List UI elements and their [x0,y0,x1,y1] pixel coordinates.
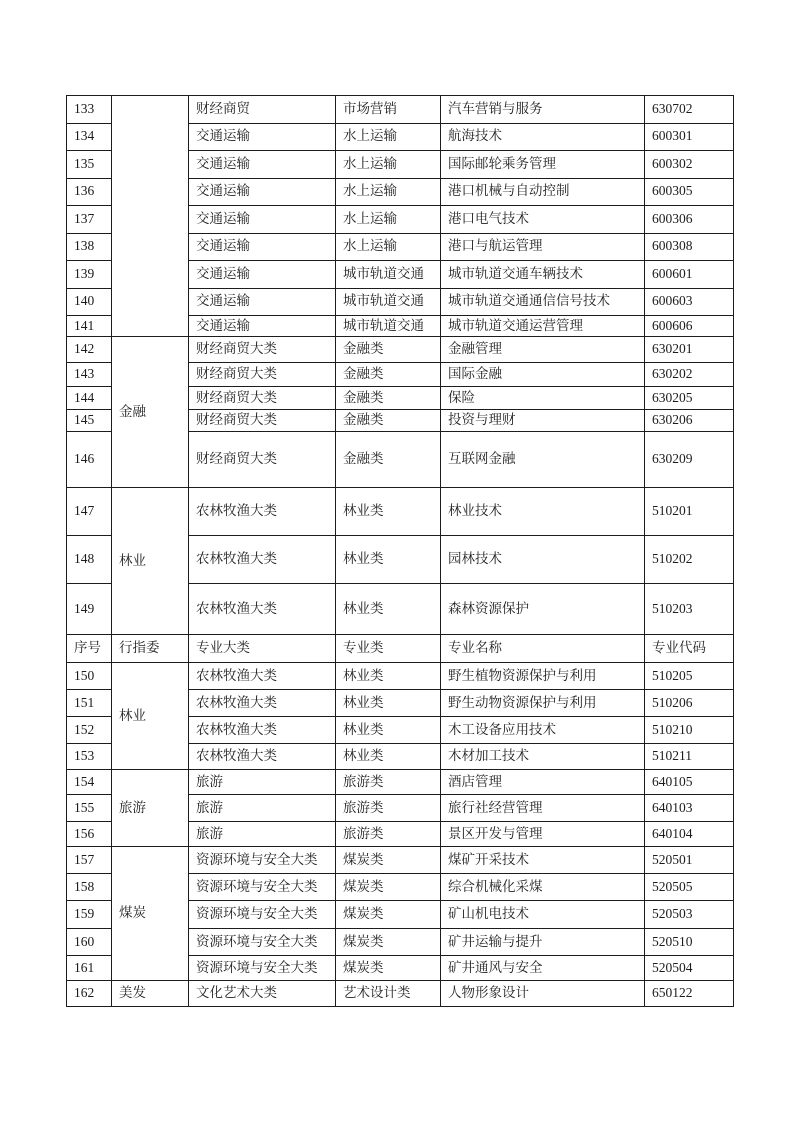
major-name-cell: 野生动物资源保护与利用 [441,690,645,717]
class-cell: 旅游类 [336,795,441,822]
class-cell: 煤炭类 [336,847,441,874]
class-cell: 林业类 [336,717,441,744]
table-row: 162美发文化艺术大类艺术设计类人物形象设计650122 [67,981,734,1007]
code-cell: 510211 [645,744,734,770]
category-cell: 交通运输 [189,151,336,179]
seq-cell: 156 [67,822,112,847]
table-row: 154旅游旅游旅游类酒店管理640105 [67,770,734,795]
class-cell: 金融类 [336,410,441,432]
header-cell-class: 专业类 [336,635,441,663]
class-cell: 林业类 [336,536,441,584]
seq-cell: 158 [67,874,112,901]
category-cell: 资源环境与安全大类 [189,874,336,901]
class-cell: 艺术设计类 [336,981,441,1007]
code-cell: 510201 [645,488,734,536]
code-cell: 630202 [645,363,734,387]
seq-cell: 134 [67,123,112,151]
seq-cell: 151 [67,690,112,717]
code-cell: 600308 [645,233,734,261]
class-cell: 市场营销 [336,96,441,124]
category-cell: 交通运输 [189,233,336,261]
seq-cell: 140 [67,288,112,316]
major-name-cell: 煤矿开采技术 [441,847,645,874]
category-cell: 交通运输 [189,178,336,206]
class-cell: 水上运输 [336,123,441,151]
code-cell: 630206 [645,410,734,432]
major-name-cell: 港口机械与自动控制 [441,178,645,206]
code-cell: 600601 [645,261,734,289]
code-cell: 520505 [645,874,734,901]
category-cell: 财经商贸大类 [189,387,336,410]
committee-cell: 林业 [112,488,189,635]
category-cell: 农林牧渔大类 [189,717,336,744]
category-cell: 财经商贸大类 [189,337,336,363]
seq-cell: 148 [67,536,112,584]
committee-cell [112,96,189,337]
class-cell: 水上运输 [336,151,441,179]
class-cell: 林业类 [336,690,441,717]
category-cell: 交通运输 [189,288,336,316]
category-cell: 农林牧渔大类 [189,536,336,584]
code-cell: 600306 [645,206,734,234]
table-header-row: 序号行指委专业大类专业类专业名称专业代码 [67,635,734,663]
seq-cell: 141 [67,316,112,337]
code-cell: 510205 [645,663,734,690]
category-cell: 财经商贸大类 [189,410,336,432]
category-cell: 旅游 [189,795,336,822]
code-cell: 650122 [645,981,734,1007]
class-cell: 城市轨道交通 [336,261,441,289]
table-row: 142金融财经商贸大类金融类金融管理630201 [67,337,734,363]
header-cell-committee: 行指委 [112,635,189,663]
major-name-cell: 航海技术 [441,123,645,151]
code-cell: 600305 [645,178,734,206]
code-cell: 510203 [645,584,734,635]
major-name-cell: 野生植物资源保护与利用 [441,663,645,690]
seq-cell: 160 [67,929,112,956]
committee-cell: 金融 [112,337,189,488]
seq-cell: 159 [67,901,112,929]
class-cell: 旅游类 [336,822,441,847]
seq-cell: 145 [67,410,112,432]
major-name-cell: 景区开发与管理 [441,822,645,847]
category-cell: 财经商贸大类 [189,363,336,387]
code-cell: 640104 [645,822,734,847]
seq-cell: 137 [67,206,112,234]
class-cell: 林业类 [336,663,441,690]
code-cell: 630209 [645,432,734,488]
major-name-cell: 港口电气技术 [441,206,645,234]
category-cell: 文化艺术大类 [189,981,336,1007]
seq-cell: 146 [67,432,112,488]
category-cell: 资源环境与安全大类 [189,956,336,981]
category-cell: 旅游 [189,770,336,795]
major-name-cell: 港口与航运管理 [441,233,645,261]
committee-cell: 旅游 [112,770,189,847]
major-name-cell: 人物形象设计 [441,981,645,1007]
class-cell: 水上运输 [336,206,441,234]
major-name-cell: 保险 [441,387,645,410]
major-name-cell: 国际邮轮乘务管理 [441,151,645,179]
code-cell: 640105 [645,770,734,795]
table-row: 150林业农林牧渔大类林业类野生植物资源保护与利用510205 [67,663,734,690]
seq-cell: 154 [67,770,112,795]
code-cell: 510210 [645,717,734,744]
major-name-cell: 森林资源保护 [441,584,645,635]
code-cell: 520501 [645,847,734,874]
seq-cell: 157 [67,847,112,874]
seq-cell: 162 [67,981,112,1007]
majors-table-body: 133财经商贸市场营销汽车营销与服务630702134交通运输水上运输航海技术6… [67,96,734,1007]
seq-cell: 161 [67,956,112,981]
seq-cell: 138 [67,233,112,261]
category-cell: 农林牧渔大类 [189,584,336,635]
header-cell-major-name: 专业名称 [441,635,645,663]
class-cell: 金融类 [336,432,441,488]
major-name-cell: 金融管理 [441,337,645,363]
table-row: 157煤炭资源环境与安全大类煤炭类煤矿开采技术520501 [67,847,734,874]
code-cell: 520503 [645,901,734,929]
class-cell: 煤炭类 [336,901,441,929]
class-cell: 城市轨道交通 [336,288,441,316]
category-cell: 资源环境与安全大类 [189,847,336,874]
category-cell: 交通运输 [189,316,336,337]
major-name-cell: 国际金融 [441,363,645,387]
seq-cell: 153 [67,744,112,770]
code-cell: 520504 [645,956,734,981]
major-name-cell: 园林技术 [441,536,645,584]
code-cell: 600302 [645,151,734,179]
major-name-cell: 城市轨道交通车辆技术 [441,261,645,289]
seq-cell: 149 [67,584,112,635]
code-cell: 600301 [645,123,734,151]
category-cell: 交通运输 [189,206,336,234]
seq-cell: 136 [67,178,112,206]
code-cell: 600603 [645,288,734,316]
major-name-cell: 林业技术 [441,488,645,536]
category-cell: 资源环境与安全大类 [189,901,336,929]
seq-cell: 150 [67,663,112,690]
category-cell: 农林牧渔大类 [189,488,336,536]
major-name-cell: 矿井通风与安全 [441,956,645,981]
majors-table: 133财经商贸市场营销汽车营销与服务630702134交通运输水上运输航海技术6… [66,95,734,1007]
category-cell: 财经商贸 [189,96,336,124]
seq-cell: 144 [67,387,112,410]
code-cell: 630201 [645,337,734,363]
major-name-cell: 汽车营销与服务 [441,96,645,124]
seq-cell: 152 [67,717,112,744]
header-cell-code: 专业代码 [645,635,734,663]
category-cell: 旅游 [189,822,336,847]
major-name-cell: 互联网金融 [441,432,645,488]
header-cell-category: 专业大类 [189,635,336,663]
table-row: 133财经商贸市场营销汽车营销与服务630702 [67,96,734,124]
committee-cell: 美发 [112,981,189,1007]
class-cell: 煤炭类 [336,929,441,956]
code-cell: 510202 [645,536,734,584]
category-cell: 农林牧渔大类 [189,690,336,717]
major-name-cell: 旅行社经营管理 [441,795,645,822]
seq-cell: 155 [67,795,112,822]
seq-cell: 143 [67,363,112,387]
class-cell: 城市轨道交通 [336,316,441,337]
major-name-cell: 酒店管理 [441,770,645,795]
major-name-cell: 木材加工技术 [441,744,645,770]
major-name-cell: 矿山机电技术 [441,901,645,929]
major-name-cell: 投资与理财 [441,410,645,432]
category-cell: 农林牧渔大类 [189,663,336,690]
class-cell: 金融类 [336,363,441,387]
header-cell-seq: 序号 [67,635,112,663]
seq-cell: 135 [67,151,112,179]
category-cell: 农林牧渔大类 [189,744,336,770]
major-name-cell: 城市轨道交通运营管理 [441,316,645,337]
code-cell: 640103 [645,795,734,822]
major-name-cell: 矿井运输与提升 [441,929,645,956]
committee-cell: 煤炭 [112,847,189,981]
seq-cell: 147 [67,488,112,536]
table-row: 147林业农林牧渔大类林业类林业技术510201 [67,488,734,536]
category-cell: 资源环境与安全大类 [189,929,336,956]
class-cell: 林业类 [336,488,441,536]
category-cell: 交通运输 [189,261,336,289]
major-name-cell: 综合机械化采煤 [441,874,645,901]
major-name-cell: 木工设备应用技术 [441,717,645,744]
committee-cell: 林业 [112,663,189,770]
class-cell: 水上运输 [336,233,441,261]
class-cell: 煤炭类 [336,956,441,981]
code-cell: 600606 [645,316,734,337]
class-cell: 水上运输 [336,178,441,206]
category-cell: 财经商贸大类 [189,432,336,488]
major-name-cell: 城市轨道交通通信信号技术 [441,288,645,316]
category-cell: 交通运输 [189,123,336,151]
code-cell: 630205 [645,387,734,410]
class-cell: 林业类 [336,744,441,770]
class-cell: 旅游类 [336,770,441,795]
document-page: 133财经商贸市场营销汽车营销与服务630702134交通运输水上运输航海技术6… [0,0,793,1122]
code-cell: 630702 [645,96,734,124]
seq-cell: 139 [67,261,112,289]
code-cell: 520510 [645,929,734,956]
class-cell: 林业类 [336,584,441,635]
seq-cell: 133 [67,96,112,124]
class-cell: 煤炭类 [336,874,441,901]
class-cell: 金融类 [336,387,441,410]
seq-cell: 142 [67,337,112,363]
class-cell: 金融类 [336,337,441,363]
code-cell: 510206 [645,690,734,717]
